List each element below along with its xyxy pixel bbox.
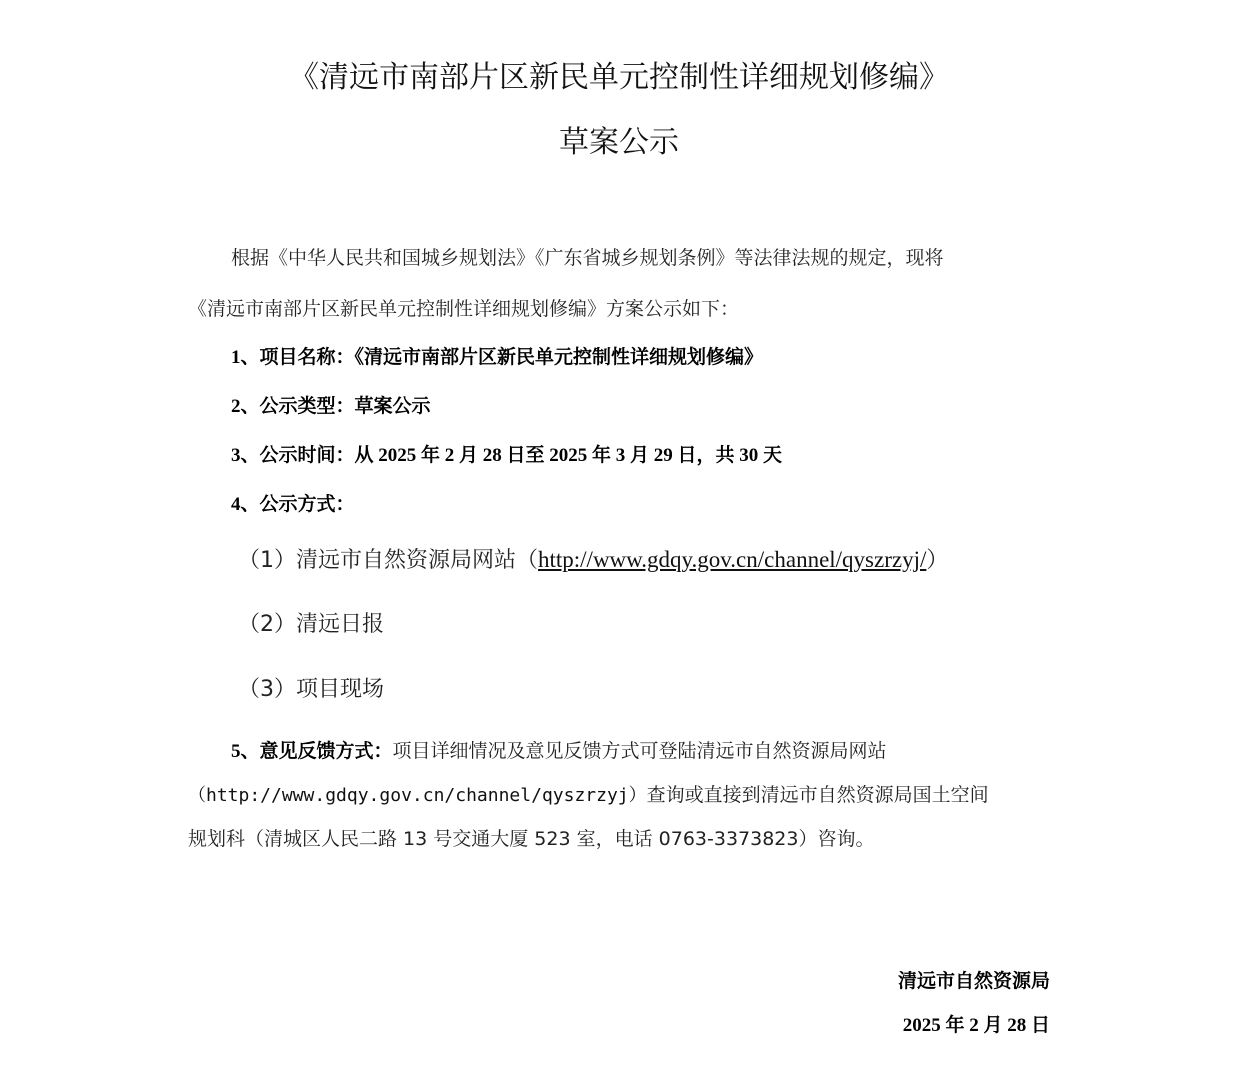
document-title: 《清远市南部片区新民单元控制性详细规划修编》 xyxy=(0,52,1238,96)
document-subtitle: 草案公示 xyxy=(0,117,1238,161)
signature-date: 2025 年 2 月 28 日 xyxy=(903,1010,1050,1037)
item-notice-period: 3、公示时间：从 2025 年 2 月 28 日至 2025 年 3 月 29 … xyxy=(231,440,782,467)
intro-line-1: 根据《中华人民共和国城乡规划法》《广东省城乡规划条例》等法律法规的规定，现将 xyxy=(231,243,944,270)
method-newspaper: （2）清远日报 xyxy=(238,607,384,638)
feedback-line-1: 5、意见反馈方式：项目详细情况及意见反馈方式可登陆清远市自然资源局网站 xyxy=(231,736,887,763)
method-website: （1）清远市自然资源局网站（http://www.gdqy.gov.cn/cha… xyxy=(238,543,948,574)
item-label: 1、项目名称： xyxy=(231,347,355,368)
item-project-name: 1、项目名称：《清远市南部片区新民单元控制性详细规划修编》 xyxy=(231,342,763,369)
item-value: 从 2025 年 2 月 28 日至 2025 年 3 月 29 日，共 30 … xyxy=(355,445,783,466)
item-label: 4、公示方式： xyxy=(231,494,355,515)
website-link[interactable]: http://www.gdqy.gov.cn/channel/qyszrzyj/ xyxy=(538,547,926,572)
feedback-label: 5、意见反馈方式： xyxy=(231,741,393,762)
signature-org: 清远市自然资源局 xyxy=(898,966,1050,993)
method-suffix: ） xyxy=(926,548,948,573)
feedback-text: 项目详细情况及意见反馈方式可登陆清远市自然资源局网站 xyxy=(393,740,887,762)
item-value: 《清远市南部片区新民单元控制性详细规划修编》 xyxy=(355,347,764,368)
feedback-line-3: 规划科（清城区人民二路 13 号交通大厦 523 室，电话 0763-33738… xyxy=(188,824,874,851)
item-notice-type: 2、公示类型：草案公示 xyxy=(231,391,431,418)
item-notice-method: 4、公示方式： xyxy=(231,489,355,516)
feedback-line-2: （http://www.gdqy.gov.cn/channel/qyszrzyj… xyxy=(188,780,989,807)
item-label: 3、公示时间： xyxy=(231,445,355,466)
feedback-text: 查询或直接到清远市自然资源局国土空间 xyxy=(647,784,989,806)
item-value: 草案公示 xyxy=(355,396,431,417)
feedback-url: （http://www.gdqy.gov.cn/channel/qyszrzyj… xyxy=(188,785,647,806)
method-prefix: （1）清远市自然资源局网站（ xyxy=(238,548,538,573)
method-site: （3）项目现场 xyxy=(238,672,384,703)
intro-line-2: 《清远市南部片区新民单元控制性详细规划修编》方案公示如下： xyxy=(188,294,739,321)
item-label: 2、公示类型： xyxy=(231,396,355,417)
